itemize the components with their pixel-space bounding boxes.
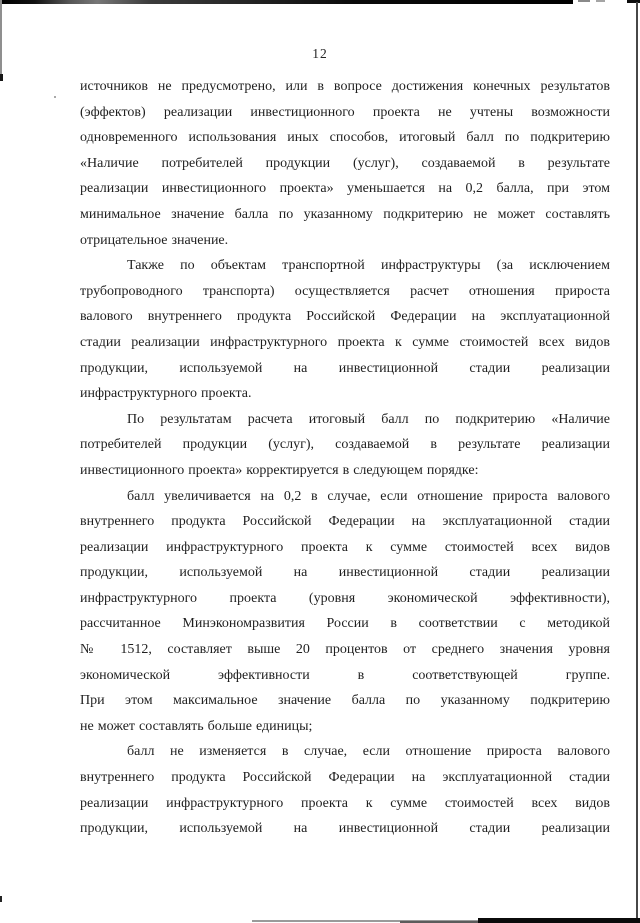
scan-artifact-top-speck	[578, 0, 590, 2]
text-line: продукции, используемой на инвестиционно…	[80, 560, 610, 586]
text-line: рассчитанное Минэкономразвития России в …	[80, 611, 610, 637]
scan-artifact-right-edge	[636, 2, 638, 923]
text-line: не может составлять больше единицы;	[80, 714, 610, 740]
scan-artifact-speck	[54, 96, 56, 98]
paragraph: Также по объектам транспортной инфрастру…	[80, 253, 610, 407]
page-number: 12	[0, 46, 640, 62]
text-line: внутреннего продукта Российской Федераци…	[80, 509, 610, 535]
text-line: инфраструктурного проекта.	[80, 381, 610, 407]
text-line: реализации инфраструктурного проекта к с…	[80, 791, 610, 817]
scan-artifact-top-edge	[0, 0, 573, 4]
scan-artifact-top-speck	[596, 0, 605, 2]
text-line: Также по объектам транспортной инфрастру…	[80, 253, 610, 279]
text-line: реализации инфраструктурного проекта к с…	[80, 535, 610, 561]
scanned-document-page: 12 источников не предусмотрено, или в во…	[0, 0, 640, 923]
text-line: По результатам расчета итоговый балл по …	[80, 407, 610, 433]
text-line: отрицательное значение.	[80, 228, 610, 254]
text-line: стадии реализации инфраструктурного прое…	[80, 330, 610, 356]
text-line: валового внутреннего продукта Российской…	[80, 304, 610, 330]
text-line: потребителей продукции (услуг), создавае…	[80, 432, 610, 458]
scan-artifact-top-right	[627, 0, 640, 3]
text-line: минимальное значение балла по указанному…	[80, 202, 610, 228]
document-body: источников не предусмотрено, или в вопро…	[80, 74, 610, 842]
text-line: инфраструктурного проекта (уровня эконом…	[80, 586, 610, 612]
text-line: источников не предусмотрено, или в вопро…	[80, 74, 610, 100]
paragraph: балл увеличивается на 0,2 в случае, если…	[80, 484, 610, 740]
text-line: реализации инвестиционного проекта» умен…	[80, 176, 610, 202]
text-line: инвестиционного проекта» корректируется …	[80, 458, 610, 484]
text-line: продукции, используемой на инвестиционно…	[80, 816, 610, 842]
scan-artifact-left-edge	[0, 0, 2, 74]
scan-artifact-bottom-edge	[252, 920, 478, 922]
text-line: При этом максимальное значение балла по …	[80, 688, 610, 714]
paragraph: балл не изменяется в случае, если отноше…	[80, 739, 610, 841]
text-line: экономической эффективности в соответств…	[80, 663, 610, 689]
scan-artifact-bottom-left	[0, 896, 2, 902]
text-line: «Наличие потребителей продукции (услуг),…	[80, 151, 610, 177]
text-line: одновременного использования иных способ…	[80, 125, 610, 151]
text-line: внутреннего продукта Российской Федераци…	[80, 765, 610, 791]
text-line: балл увеличивается на 0,2 в случае, если…	[80, 484, 610, 510]
scan-artifact-bottom-edge	[478, 918, 640, 923]
paragraph: источников не предусмотрено, или в вопро…	[80, 74, 610, 253]
paragraph: По результатам расчета итоговый балл по …	[80, 407, 610, 484]
text-line: № 1512, составляет выше 20 процентов от …	[80, 637, 610, 663]
text-line: балл не изменяется в случае, если отноше…	[80, 739, 610, 765]
scan-artifact-left-tick	[0, 74, 3, 81]
text-line: (эффектов) реализации инвестиционного пр…	[80, 100, 610, 126]
text-line: продукции, используемой на инвестиционно…	[80, 356, 610, 382]
text-line: трубопроводного транспорта) осуществляет…	[80, 279, 610, 305]
